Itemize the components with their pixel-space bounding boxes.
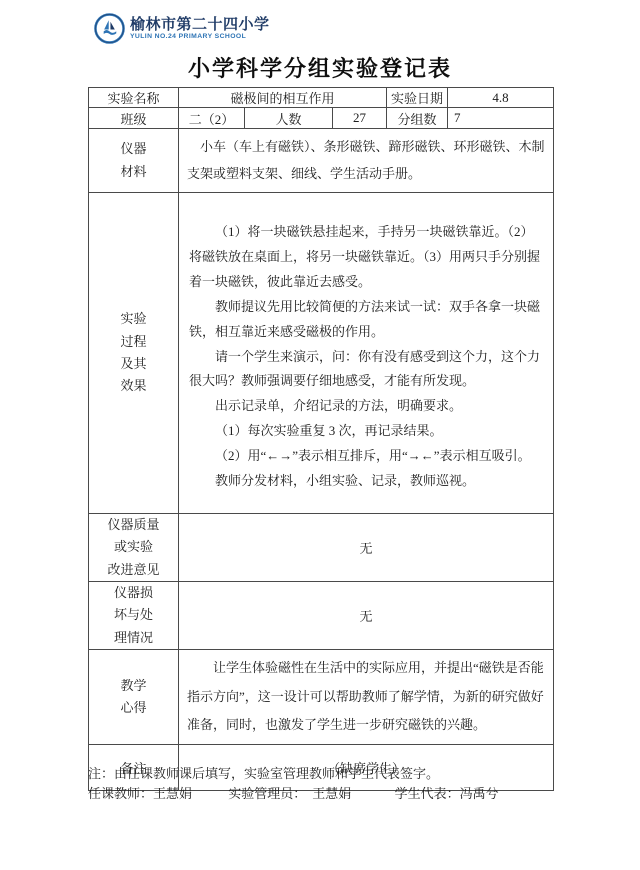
procedure-paragraph: （1）每次实验重复 3 次，再记录结果。 [189,419,545,444]
page-title: 小学科学分组实验登记表 [0,52,640,83]
procedure-paragraph: 教师分发材料，小组实验、记录，教师巡视。 [189,469,545,494]
procedure-paragraph: 出示记录单，介绍记录的方法，明确要求。 [189,394,545,419]
footer: 注：由任课教师课后填写，实验室管理教师和学生代表签字。 任课教师：王慧娟 实验管… [88,766,566,803]
row-experiment-name: 实验名称 磁极间的相互作用 实验日期 4.8 [89,88,554,108]
experiment-date-value: 4.8 [448,88,554,108]
teacher-name: 王慧娟 [153,786,192,801]
teaching-reflection-content: 让学生体验磁性在生活中的实际应用，并提出“磁铁是否能指示方向”，这一设计可以帮助… [179,650,554,745]
lab-manager-name: 王慧娟 [306,786,351,801]
damage-report-label: 仪器损 坏与处 理情况 [89,582,179,650]
school-emblem-icon [94,13,125,44]
school-name-block: 榆林市第二十四小学 YULIN NO.24 PRIMARY SCHOOL [130,17,270,41]
quality-feedback-value: 无 [179,514,554,582]
signature-line: 任课教师：王慧娟 实验管理员：王慧娟 学生代表：冯禹兮 [88,786,566,802]
group-count-label: 分组数 [387,108,448,129]
row-materials: 仪器 材料 小车（车上有磁铁）、条形磁铁、蹄形磁铁、环形磁铁、木制支架或塑料支架… [89,129,554,193]
student-rep-name: 冯禹兮 [460,786,499,801]
procedure-label: 实验 过程 及其 效果 [89,193,179,514]
experiment-name-label: 实验名称 [89,88,179,108]
footer-note: 注：由任课教师课后填写，实验室管理教师和学生代表签字。 [88,766,566,782]
class-value: 二（2） [179,108,245,129]
procedure-paragraph: （1）将一块磁铁悬挂起来，手持另一块磁铁靠近。（2）将磁铁放在桌面上，将另一块磁… [189,220,545,295]
procedure-paragraph: 教师提议先用比较简便的方法来试一试：双手各拿一块磁铁，相互靠近来感受磁极的作用。 [189,295,545,345]
materials-content: 小车（车上有磁铁）、条形磁铁、蹄形磁铁、环形磁铁、木制支架或塑料支架、细线、学生… [179,129,554,193]
row-procedure: 实验 过程 及其 效果 （1）将一块磁铁悬挂起来，手持另一块磁铁靠近。（2）将磁… [89,193,554,514]
experiment-name-value: 磁极间的相互作用 [179,88,387,108]
experiment-date-label: 实验日期 [387,88,448,108]
row-quality-feedback: 仪器质量 或实验 改进意见 无 [89,514,554,582]
teacher-signature: 任课教师：王慧娟 [88,786,192,802]
damage-report-value: 无 [179,582,554,650]
experiment-registration-table: 实验名称 磁极间的相互作用 实验日期 4.8 班级 二（2） 人数 27 分组数… [88,87,554,791]
teaching-reflection-label: 教学 心得 [89,650,179,745]
school-name-cn: 榆林市第二十四小学 [130,17,270,33]
student-count-value: 27 [333,108,387,129]
quality-feedback-label: 仪器质量 或实验 改进意见 [89,514,179,582]
school-header: 榆林市第二十四小学 YULIN NO.24 PRIMARY SCHOOL [94,13,270,44]
procedure-content: （1）将一块磁铁悬挂起来，手持另一块磁铁靠近。（2）将磁铁放在桌面上，将另一块磁… [179,193,554,514]
procedure-paragraph: （2）用“←→”表示相互排斥，用“→←”表示相互吸引。 [189,444,545,469]
student-count-label: 人数 [245,108,333,129]
school-name-en: YULIN NO.24 PRIMARY SCHOOL [130,33,270,40]
row-teaching-reflection: 教学 心得 让学生体验磁性在生活中的实际应用，并提出“磁铁是否能指示方向”，这一… [89,650,554,745]
materials-label: 仪器 材料 [89,129,179,193]
class-label: 班级 [89,108,179,129]
group-count-value: 7 [448,108,554,129]
row-class-info: 班级 二（2） 人数 27 分组数 7 [89,108,554,129]
row-damage-report: 仪器损 坏与处 理情况 无 [89,582,554,650]
document-page: 榆林市第二十四小学 YULIN NO.24 PRIMARY SCHOOL 小学科… [0,0,640,870]
student-rep-signature: 学生代表：冯禹兮 [395,786,499,802]
lab-manager-signature: 实验管理员：王慧娟 [228,786,351,802]
procedure-paragraph: 请一个学生来演示，问：你有没有感受到这个力，这个力很大吗？教师强调要仔细地感受，… [189,345,545,395]
